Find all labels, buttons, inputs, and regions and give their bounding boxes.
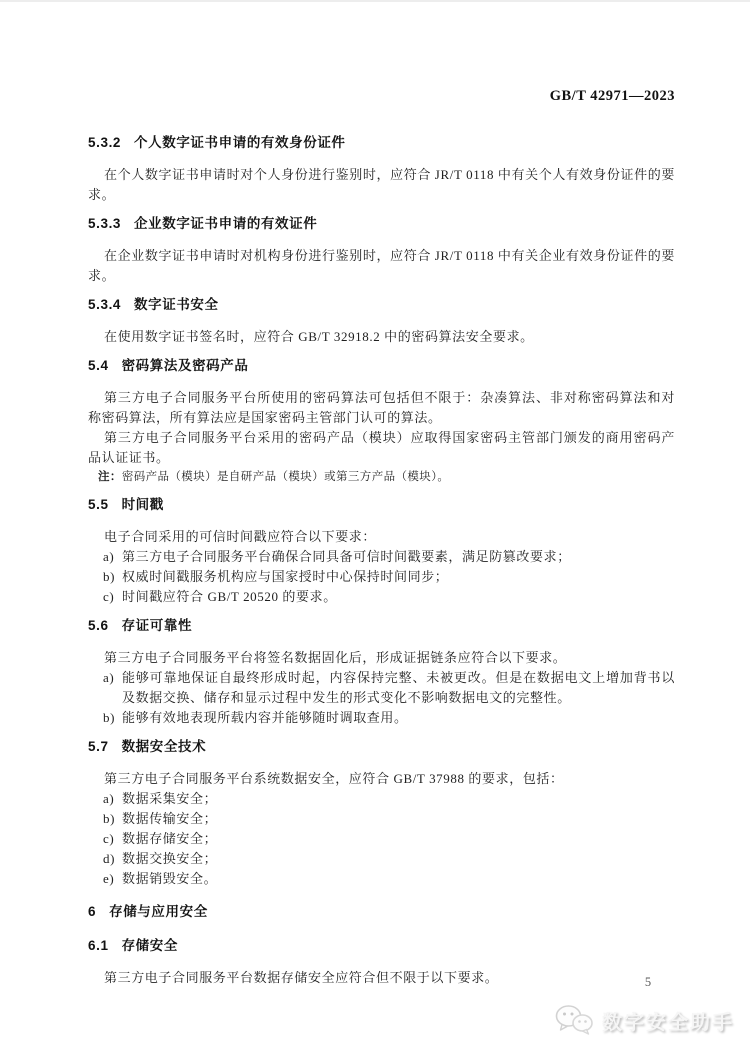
note: 注：密码产品（模块）是自研产品（模块）或第三方产品（模块）。 xyxy=(88,468,675,486)
list-item-marker: d) xyxy=(103,849,122,869)
section-heading-5-6: 5.6存证可靠性 xyxy=(88,617,675,635)
paragraph: 第三方电子合同服务平台将签名数据固化后，形成证据链条应符合以下要求。 xyxy=(88,648,675,668)
list-item-text: 时间戳应符合 GB/T 20520 的要求。 xyxy=(122,587,675,607)
list-item: e) 数据销毁安全。 xyxy=(88,869,675,889)
list-item-marker: c) xyxy=(103,829,122,849)
section-heading-5-7: 5.7数据安全技术 xyxy=(88,738,675,756)
paragraph: 在使用数字证书签名时，应符合 GB/T 32918.2 中的密码算法安全要求。 xyxy=(88,327,675,347)
document-page: { "header": { "standard_ref": "GB/T 4297… xyxy=(0,0,750,1059)
section-heading-5-3-2: 5.3.2个人数字证书申请的有效身份证件 xyxy=(88,134,675,152)
list-item-marker: b) xyxy=(103,809,122,829)
section-title: 时间戳 xyxy=(122,497,164,512)
ordered-list: a) 第三方电子合同服务平台确保合同具备可信时间戳要素，满足防篡改要求； b) … xyxy=(88,547,675,607)
list-item-marker: a) xyxy=(103,668,122,708)
watermark: 数字安全助手 xyxy=(555,1004,734,1036)
section-heading-6-1: 6.1存储安全 xyxy=(88,937,675,955)
wechat-icon xyxy=(555,1004,593,1036)
section-number: 5.3.2 xyxy=(88,135,121,150)
list-item-marker: c) xyxy=(103,587,122,607)
list-item: a) 数据采集安全； xyxy=(88,789,675,809)
list-item-marker: e) xyxy=(103,869,122,889)
paragraph: 在个人数字证书申请时对个人身份进行鉴别时，应符合 JR/T 0118 中有关个人… xyxy=(88,165,675,205)
section-title: 存储安全 xyxy=(122,938,178,953)
section-heading-6: 6存储与应用安全 xyxy=(88,903,675,921)
section-number: 5.4 xyxy=(88,358,109,373)
list-item-text: 数据交换安全； xyxy=(122,849,675,869)
list-item-text: 能够有效地表现所载内容并能够随时调取查用。 xyxy=(122,708,675,728)
section-number: 5.6 xyxy=(88,618,109,633)
list-item-marker: b) xyxy=(103,708,122,728)
section-title: 存储与应用安全 xyxy=(109,904,208,919)
list-item-text: 第三方电子合同服务平台确保合同具备可信时间戳要素，满足防篡改要求； xyxy=(122,547,675,567)
list-item-text: 数据销毁安全。 xyxy=(122,869,675,889)
section-heading-5-4: 5.4密码算法及密码产品 xyxy=(88,357,675,375)
section-title: 密码算法及密码产品 xyxy=(122,358,249,373)
standard-reference-header: GB/T 42971—2023 xyxy=(88,88,675,104)
section-number: 5.7 xyxy=(88,739,109,754)
section-title: 数字证书安全 xyxy=(134,297,219,312)
list-item: c) 时间戳应符合 GB/T 20520 的要求。 xyxy=(88,587,675,607)
section-number: 5.3.3 xyxy=(88,216,121,231)
section-title: 数据安全技术 xyxy=(122,739,207,754)
section-heading-5-3-3: 5.3.3企业数字证书申请的有效证件 xyxy=(88,215,675,233)
paragraph: 第三方电子合同服务平台采用的密码产品（模块）应取得国家密码主管部门颁发的商用密码… xyxy=(88,428,675,468)
list-item-marker: b) xyxy=(103,567,122,587)
section-number: 5.5 xyxy=(88,497,109,512)
list-item: a) 第三方电子合同服务平台确保合同具备可信时间戳要素，满足防篡改要求； xyxy=(88,547,675,567)
section-title: 个人数字证书申请的有效身份证件 xyxy=(134,135,346,150)
section-heading-5-5: 5.5时间戳 xyxy=(88,496,675,514)
list-item-text: 能够可靠地保证自最终形成时起，内容保持完整、未被更改。但是在数据电文上增加背书以… xyxy=(122,668,675,708)
note-label: 注： xyxy=(98,471,122,483)
ordered-list: a) 能够可靠地保证自最终形成时起，内容保持完整、未被更改。但是在数据电文上增加… xyxy=(88,668,675,728)
standard-document-page: GB/T 42971—2023 5.3.2个人数字证书申请的有效身份证件 在个人… xyxy=(0,0,750,1059)
paragraph: 第三方电子合同服务平台数据存储安全应符合但不限于以下要求。 xyxy=(88,968,675,988)
list-item-marker: a) xyxy=(103,547,122,567)
paragraph: 第三方电子合同服务平台所使用的密码算法可包括但不限于：杂凑算法、非对称密码算法和… xyxy=(88,388,675,428)
page-number: 5 xyxy=(633,975,663,990)
list-item: b) 权威时间戳服务机构应与国家授时中心保持时间同步； xyxy=(88,567,675,587)
section-title: 存证可靠性 xyxy=(122,618,193,633)
note-text: 密码产品（模块）是自研产品（模块）或第三方产品（模块）。 xyxy=(122,471,449,483)
section-title: 企业数字证书申请的有效证件 xyxy=(134,216,317,231)
list-item-marker: a) xyxy=(103,789,122,809)
list-item: c) 数据存储安全； xyxy=(88,829,675,849)
list-item: a) 能够可靠地保证自最终形成时起，内容保持完整、未被更改。但是在数据电文上增加… xyxy=(88,668,675,708)
list-item-text: 数据存储安全； xyxy=(122,829,675,849)
list-item: b) 能够有效地表现所载内容并能够随时调取查用。 xyxy=(88,708,675,728)
list-item-text: 权威时间戳服务机构应与国家授时中心保持时间同步； xyxy=(122,567,675,587)
list-item: b) 数据传输安全； xyxy=(88,809,675,829)
list-item: d) 数据交换安全； xyxy=(88,849,675,869)
paragraph: 电子合同采用的可信时间戳应符合以下要求： xyxy=(88,527,675,547)
section-number: 6 xyxy=(88,904,96,919)
list-item-text: 数据传输安全； xyxy=(122,809,675,829)
section-number: 6.1 xyxy=(88,938,109,953)
paragraph: 在企业数字证书申请时对机构身份进行鉴别时，应符合 JR/T 0118 中有关企业… xyxy=(88,246,675,286)
list-item-text: 数据采集安全； xyxy=(122,789,675,809)
paragraph: 第三方电子合同服务平台系统数据安全，应符合 GB/T 37988 的要求，包括： xyxy=(88,769,675,789)
ordered-list: a) 数据采集安全； b) 数据传输安全； c) 数据存储安全； d) 数据交换… xyxy=(88,789,675,889)
scan-top-edge xyxy=(0,0,750,2)
watermark-text: 数字安全助手 xyxy=(602,1006,734,1035)
section-heading-5-3-4: 5.3.4数字证书安全 xyxy=(88,296,675,314)
section-number: 5.3.4 xyxy=(88,297,121,312)
